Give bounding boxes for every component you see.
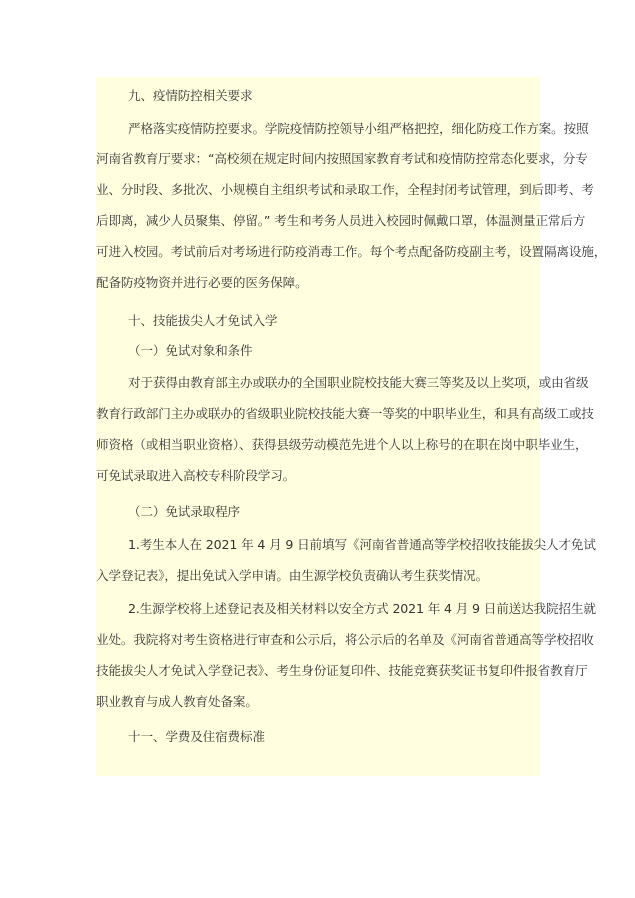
paragraph-line: 业、分时段、多批次、小规模自主组织考试和录取工作，全程封闭考试管理，到后即考、考	[96, 182, 540, 198]
paragraph-line: 河南省教育厅要求：“高校须在规定时间内按照国家教育考试和疫情防控常态化要求，分专	[96, 151, 540, 167]
paragraph-line: 入学登记表》，提出免试入学申请。由生源学校负责确认考生获奖情况。	[96, 568, 540, 584]
document-page: 九、疫情防控相关要求 严格落实疫情防控要求。学院疫情防控领导小组严格把控，细化防…	[96, 77, 540, 776]
paragraph-line: 可免试录取进入高校专科阶段学习。	[96, 468, 540, 484]
paragraph-line: 职业教育与成人教育处备案。	[96, 694, 540, 710]
section-heading-10: 十、技能拔尖人才免试入学	[128, 313, 572, 329]
subsection-heading-2: （二）免试录取程序	[128, 504, 572, 520]
paragraph-line: 严格落实疫情防控要求。学院疫情防控领导小组严格把控，细化防疫工作方案。按照	[128, 121, 540, 137]
paragraph-line: 可进入校园。考试前后对考场进行防疫消毒工作。每个考点配备防疫副主考，设置隔离设施…	[96, 244, 540, 260]
paragraph-line: 技能拔尖人才免试入学登记表》、考生身份证复印件、技能竞赛获奖证书复印件报省教育厅	[96, 663, 540, 679]
paragraph-line: 1.考生本人在 2021 年 4 月 9 日前填写《河南省普通高等学校招收技能拔…	[128, 537, 540, 553]
paragraph-line: 业处。我院将对考生资格进行审查和公示后，将公示后的名单及《河南省普通高等学校招收	[96, 632, 540, 648]
paragraph-line: 配备防疫物资并进行必要的医务保障。	[96, 275, 540, 291]
paragraph-line: 教育行政部门主办或联办的省级职业院校技能大赛一等奖的中职毕业生，和具有高级工或技	[96, 406, 540, 422]
paragraph-line: 2.生源学校将上述登记表及相关材料以安全方式 2021 年 4 月 9 日前送达…	[128, 601, 540, 617]
section-heading-9: 九、疫情防控相关要求	[128, 88, 572, 104]
paragraph-line: 师资格（或相当职业资格）、获得县级劳动模范先进个人以上称号的在职在岗中职毕业生，	[96, 437, 540, 453]
paragraph-line: 对于获得由教育部主办或联办的全国职业院校技能大赛三等奖及以上奖项，或由省级	[128, 375, 540, 391]
paragraph-line: 后即离，减少人员聚集、停留。” 考生和考务人员进入校园时佩戴口罩，体温测量正常后…	[96, 213, 540, 229]
subsection-heading-1: （一）免试对象和条件	[128, 343, 572, 359]
section-heading-11: 十一、学费及住宿费标准	[128, 729, 572, 745]
